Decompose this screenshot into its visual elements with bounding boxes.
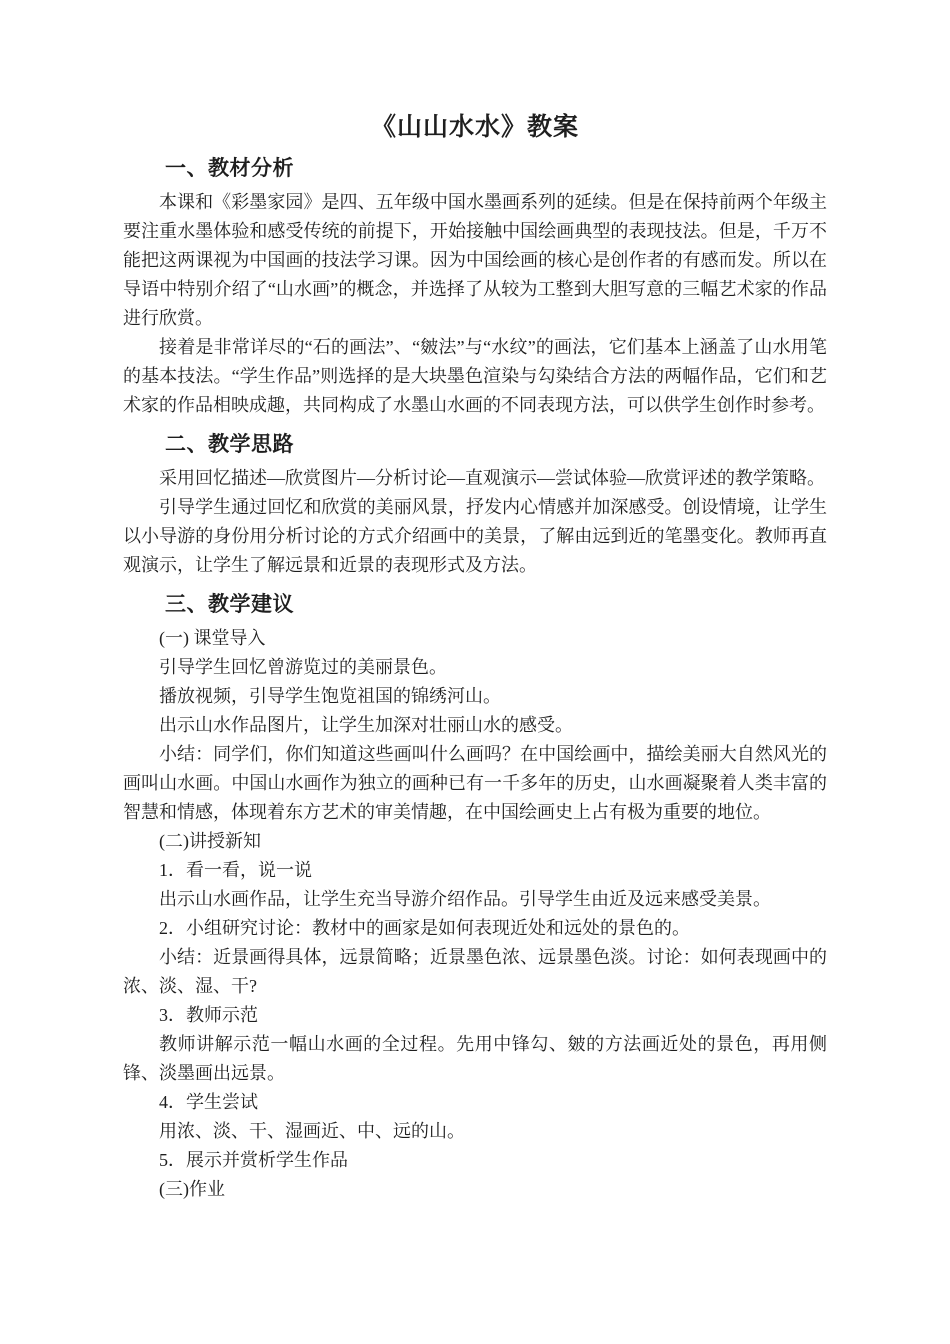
paragraph: 采用回忆描述—欣赏图片—分析讨论—直观演示—尝试体验—欣赏评述的教学策略。 [123,464,827,493]
document-page: 《山山水水》教案 一、教材分析 本课和《彩墨家园》是四、五年级中国水墨画系列的延… [0,0,950,1344]
section-heading-teaching-approach: 二、教学思路 [123,430,827,460]
paragraph: 引导学生通过回忆和欣赏的美丽风景，抒发内心情感并加深感受。创设情境，让学生以小导… [123,493,827,580]
section-heading-material-analysis: 一、教材分析 [123,154,827,184]
document-title: 《山山水水》教案 [123,110,827,144]
paragraph: 2．小组研究讨论：教材中的画家是如何表现近处和远处的景色的。 [123,914,827,943]
paragraph: (二)讲授新知 [123,827,827,856]
paragraph: 3．教师示范 [123,1001,827,1030]
paragraph: 小结：同学们，你们知道这些画叫什么画吗？在中国绘画中，描绘美丽大自然风光的画叫山… [123,740,827,827]
paragraph: 用浓、淡、干、湿画近、中、远的山。 [123,1117,827,1146]
paragraph: 接着是非常详尽的“石的画法”、“皴法”与“水纹”的画法，它们基本上涵盖了山水用笔… [123,333,827,420]
paragraph: 出示山水画作品，让学生充当导游介绍作品。引导学生由近及远来感受美景。 [123,885,827,914]
paragraph: 引导学生回忆曾游览过的美丽景色。 [123,653,827,682]
paragraph: 小结：近景画得具体，远景简略；近景墨色浓、远景墨色淡。讨论：如何表现画中的浓、淡… [123,943,827,1001]
paragraph: 5．展示并赏析学生作品 [123,1146,827,1175]
paragraph: (三)作业 [123,1175,827,1204]
paragraph: (一) 课堂导入 [123,624,827,653]
paragraph: 出示山水作品图片，让学生加深对壮丽山水的感受。 [123,711,827,740]
paragraph: 本课和《彩墨家园》是四、五年级中国水墨画系列的延续。但是在保持前两个年级主要注重… [123,188,827,333]
paragraph: 教师讲解示范一幅山水画的全过程。先用中锋勾、皴的方法画近处的景色，再用侧锋、淡墨… [123,1030,827,1088]
paragraph: 播放视频，引导学生饱览祖国的锦绣河山。 [123,682,827,711]
paragraph: 4．学生尝试 [123,1088,827,1117]
section-heading-teaching-suggestions: 三、教学建议 [123,590,827,620]
paragraph: 1．看一看，说一说 [123,856,827,885]
